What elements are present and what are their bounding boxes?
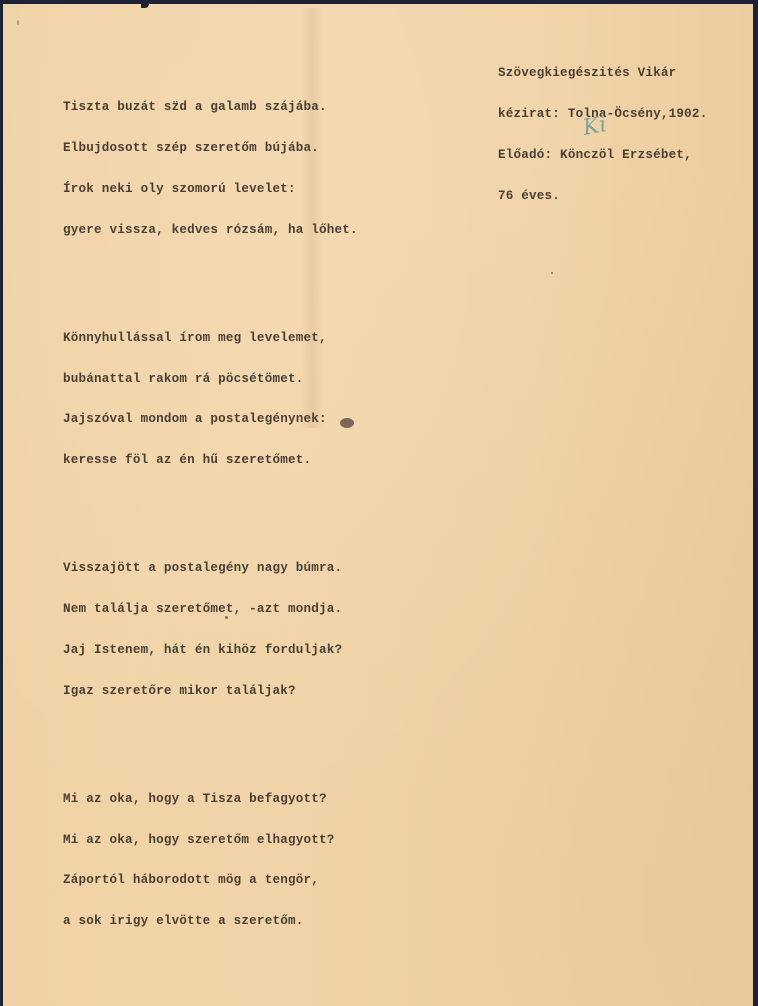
manuscript-page: Tiszta buzát sz̈d a galamb szájába. Elbu… bbox=[3, 4, 753, 1006]
paper-speck bbox=[225, 616, 228, 619]
poem-line: Záportól háborodott mög a tengör, bbox=[63, 874, 358, 888]
stanza-3: Visszajött a postalegény nagy búmra. Nem… bbox=[63, 535, 358, 725]
paper-speck bbox=[551, 272, 553, 274]
poem-line: Jajszóval mondom a postalegénynek: bbox=[63, 413, 358, 427]
stanza-4: Mi az oka, hogy a Tisza befagyott? Mi az… bbox=[63, 766, 358, 956]
handwritten-initials: Ki bbox=[581, 112, 608, 141]
poem-line: Elbujdosott szép szeretőm bújába. bbox=[63, 142, 358, 156]
poem-line: keresse föl az én hű szeretőmet. bbox=[63, 454, 358, 468]
note-line: Szövegkiegészités Vikár bbox=[498, 67, 707, 81]
poem-line: Könnyhullással írom meg levelemet, bbox=[63, 332, 358, 346]
poem-line: bubánattal rakom rá pöcsétömet. bbox=[63, 373, 358, 387]
note-line: Előadó: Könczöl Erzsébet, bbox=[498, 149, 707, 163]
ink-stain bbox=[340, 418, 354, 428]
paper-speck bbox=[17, 20, 19, 25]
poem-line: Jaj Istenem, hát én kihöz forduljak? bbox=[63, 644, 358, 658]
note-line: 76 éves. bbox=[498, 190, 707, 204]
stanza-2: Könnyhullással írom meg levelemet, bubán… bbox=[63, 305, 358, 495]
poem-line: Írok neki oly szomorú levelet: bbox=[63, 183, 358, 197]
poem-line: Igaz szeretőre mikor találjak? bbox=[63, 685, 358, 699]
stanza-1: Tiszta buzát sz̈d a galamb szájába. Elbu… bbox=[63, 74, 358, 264]
poem-line: Mi az oka, hogy szeretőm elhagyott? bbox=[63, 834, 358, 848]
poem-line: Nem találja szeretőmet, -azt mondja. bbox=[63, 603, 358, 617]
poem-line: Mi az oka, hogy a Tisza befagyott? bbox=[63, 793, 358, 807]
poem-line: a sok irigy elvötte a szeretőm. bbox=[63, 915, 358, 929]
poem-line: Tiszta buzát sz̈d a galamb szájába. bbox=[63, 101, 358, 115]
poem-line: gyere vissza, kedves rózsám, ha lőhet. bbox=[63, 224, 358, 238]
poem-line: Visszajött a postalegény nagy búmra. bbox=[63, 562, 358, 576]
poem-text: Tiszta buzát sz̈d a galamb szájába. Elbu… bbox=[63, 47, 358, 996]
